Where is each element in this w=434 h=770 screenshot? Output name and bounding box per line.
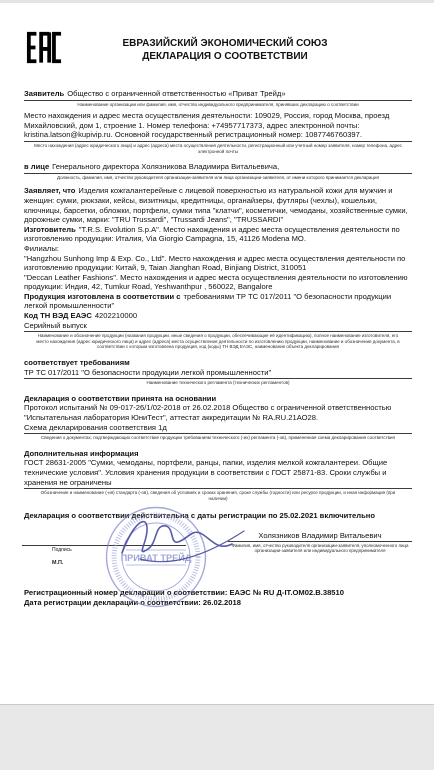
basis-scheme: Схема декларирования соответствия 1д (24, 423, 412, 433)
tnved-code-line: Код ТН ВЭД ЕАЭС4202210000 (24, 311, 412, 321)
basis-value: Протокол испытаний № 09-017-26/1/02-2018… (24, 403, 412, 422)
branch-line-2: "Deccan Leather Fashions". Место нахожде… (24, 273, 412, 292)
declaration-document: ЕВРАЗИЙСКИЙ ЭКОНОМИЧЕСКИЙ СОЮЗ ДЕКЛАРАЦИ… (0, 0, 434, 705)
address-line: Место нахождения и адрес места осуществл… (24, 111, 412, 142)
representative-caption: Должность, фамилия, имя, отчество руково… (34, 175, 402, 181)
representative-section: в лицеГенерального директора Холязникова… (24, 162, 412, 180)
additional-caption: Обозначение и наименование (-ия) стандар… (34, 490, 402, 501)
additional-value: ГОСТ 28631-2005 "Сумки, чемоданы, портфе… (24, 458, 412, 489)
declares-label: Заявляет, что (24, 186, 75, 195)
signatory-caption: Фамилия, имя, отчество руководителя орга… (228, 543, 412, 554)
registration-number-line: Регистрационный номер декларации о соотв… (24, 588, 412, 598)
document-title: ДЕКЛАРАЦИЯ О СООТВЕТСТВИИ (64, 51, 386, 64)
compliance-value: ТР ТС 017/2011 "О безопасности продукции… (24, 368, 412, 380)
branch-line-1: "Hangzhou Sunhong Imp & Exp. Co., Ltd". … (24, 254, 412, 273)
compliance-caption: Наименование технического регламента (те… (34, 380, 402, 386)
validity-line: Декларация о соответствии действительна … (24, 511, 412, 521)
address-caption: Место нахождения (адрес юридического лиц… (34, 143, 402, 154)
compliance-heading: соответствует требованиям (24, 358, 412, 368)
registration-date-line: Дата регистрации декларации о соответств… (24, 598, 412, 608)
manufacturer-line: Изготовитель"T.R.S. Evolution S.p.A". Ме… (24, 225, 412, 244)
representative-label: в лице (24, 162, 49, 171)
applicant-caption: Наименование организации или фамилия, им… (34, 102, 402, 108)
applicant-line: ЗаявительОбщество с ограниченной ответст… (24, 89, 412, 101)
tnved-code-label: Код ТН ВЭД ЕАЭС (24, 311, 92, 320)
page-top-strip (0, 0, 434, 3)
document-header: ЕВРАЗИЙСКИЙ ЭКОНОМИЧЕСКИЙ СОЮЗ ДЕКЛАРАЦИ… (24, 30, 412, 70)
representative-line: в лицеГенерального директора Холязникова… (24, 162, 412, 174)
signatory-name: Холязников Владимир Витальевич (228, 531, 412, 542)
applicant-value: Общество с ограниченной ответственностью… (67, 89, 285, 98)
representative-value: Генерального директора Холязникова Влади… (52, 162, 279, 171)
applicant-section: ЗаявительОбщество с ограниченной ответст… (24, 89, 412, 107)
applicant-label: Заявитель (24, 89, 64, 98)
additional-heading: Дополнительная информация (24, 449, 412, 459)
serial-release-line: Серийный выпуск (24, 321, 412, 331)
manufacturer-label: Изготовитель (24, 225, 76, 234)
manufacturer-value: "T.R.S. Evolution S.p.A". Место нахожден… (24, 225, 400, 244)
basis-section: Декларация о соответствии принята на осн… (24, 394, 412, 441)
signatory-block: Холязников Владимир Витальевич Фамилия, … (228, 531, 412, 554)
stamp-place-label: М.П. (52, 560, 186, 566)
registration-section: Регистрационный номер декларации о соотв… (24, 588, 412, 609)
product-line: Заявляет, чтоИзделия кожгалантерейные с … (24, 186, 412, 224)
made-label: Продукция изготовлена в соответствии с (24, 292, 181, 301)
address-section: Место нахождения и адрес места осуществл… (24, 111, 412, 154)
signature-line: Подпись М.П. (22, 545, 186, 566)
basis-caption: Сведения о документах, подтверждающих со… (34, 435, 402, 441)
branches-label: Филиалы: (24, 244, 412, 254)
union-title: ЕВРАЗИЙСКИЙ ЭКОНОМИЧЕСКИЙ СОЮЗ (64, 38, 386, 51)
signature-label: Подпись (52, 547, 186, 553)
tnved-code-value: 4202210000 (95, 311, 137, 320)
additional-info-section: Дополнительная информация ГОСТ 28631-200… (24, 449, 412, 502)
product-value: Изделия кожгалантерейные с лицевой повер… (24, 186, 408, 224)
compliance-section: соответствует требованиям ТР ТС 017/2011… (24, 358, 412, 386)
eac-logo-icon (26, 30, 64, 70)
made-in-accordance-line: Продукция изготовлена в соответствии стр… (24, 292, 412, 311)
signature-block: ПРИВАТ ТРЕЙД Подпись М.П. Холязников Вла… (24, 529, 412, 579)
product-section: Заявляет, чтоИзделия кожгалантерейные с … (24, 186, 412, 350)
product-caption: Наименование и обозначение продукции (на… (34, 333, 402, 350)
basis-heading: Декларация о соответствии принята на осн… (24, 394, 412, 404)
